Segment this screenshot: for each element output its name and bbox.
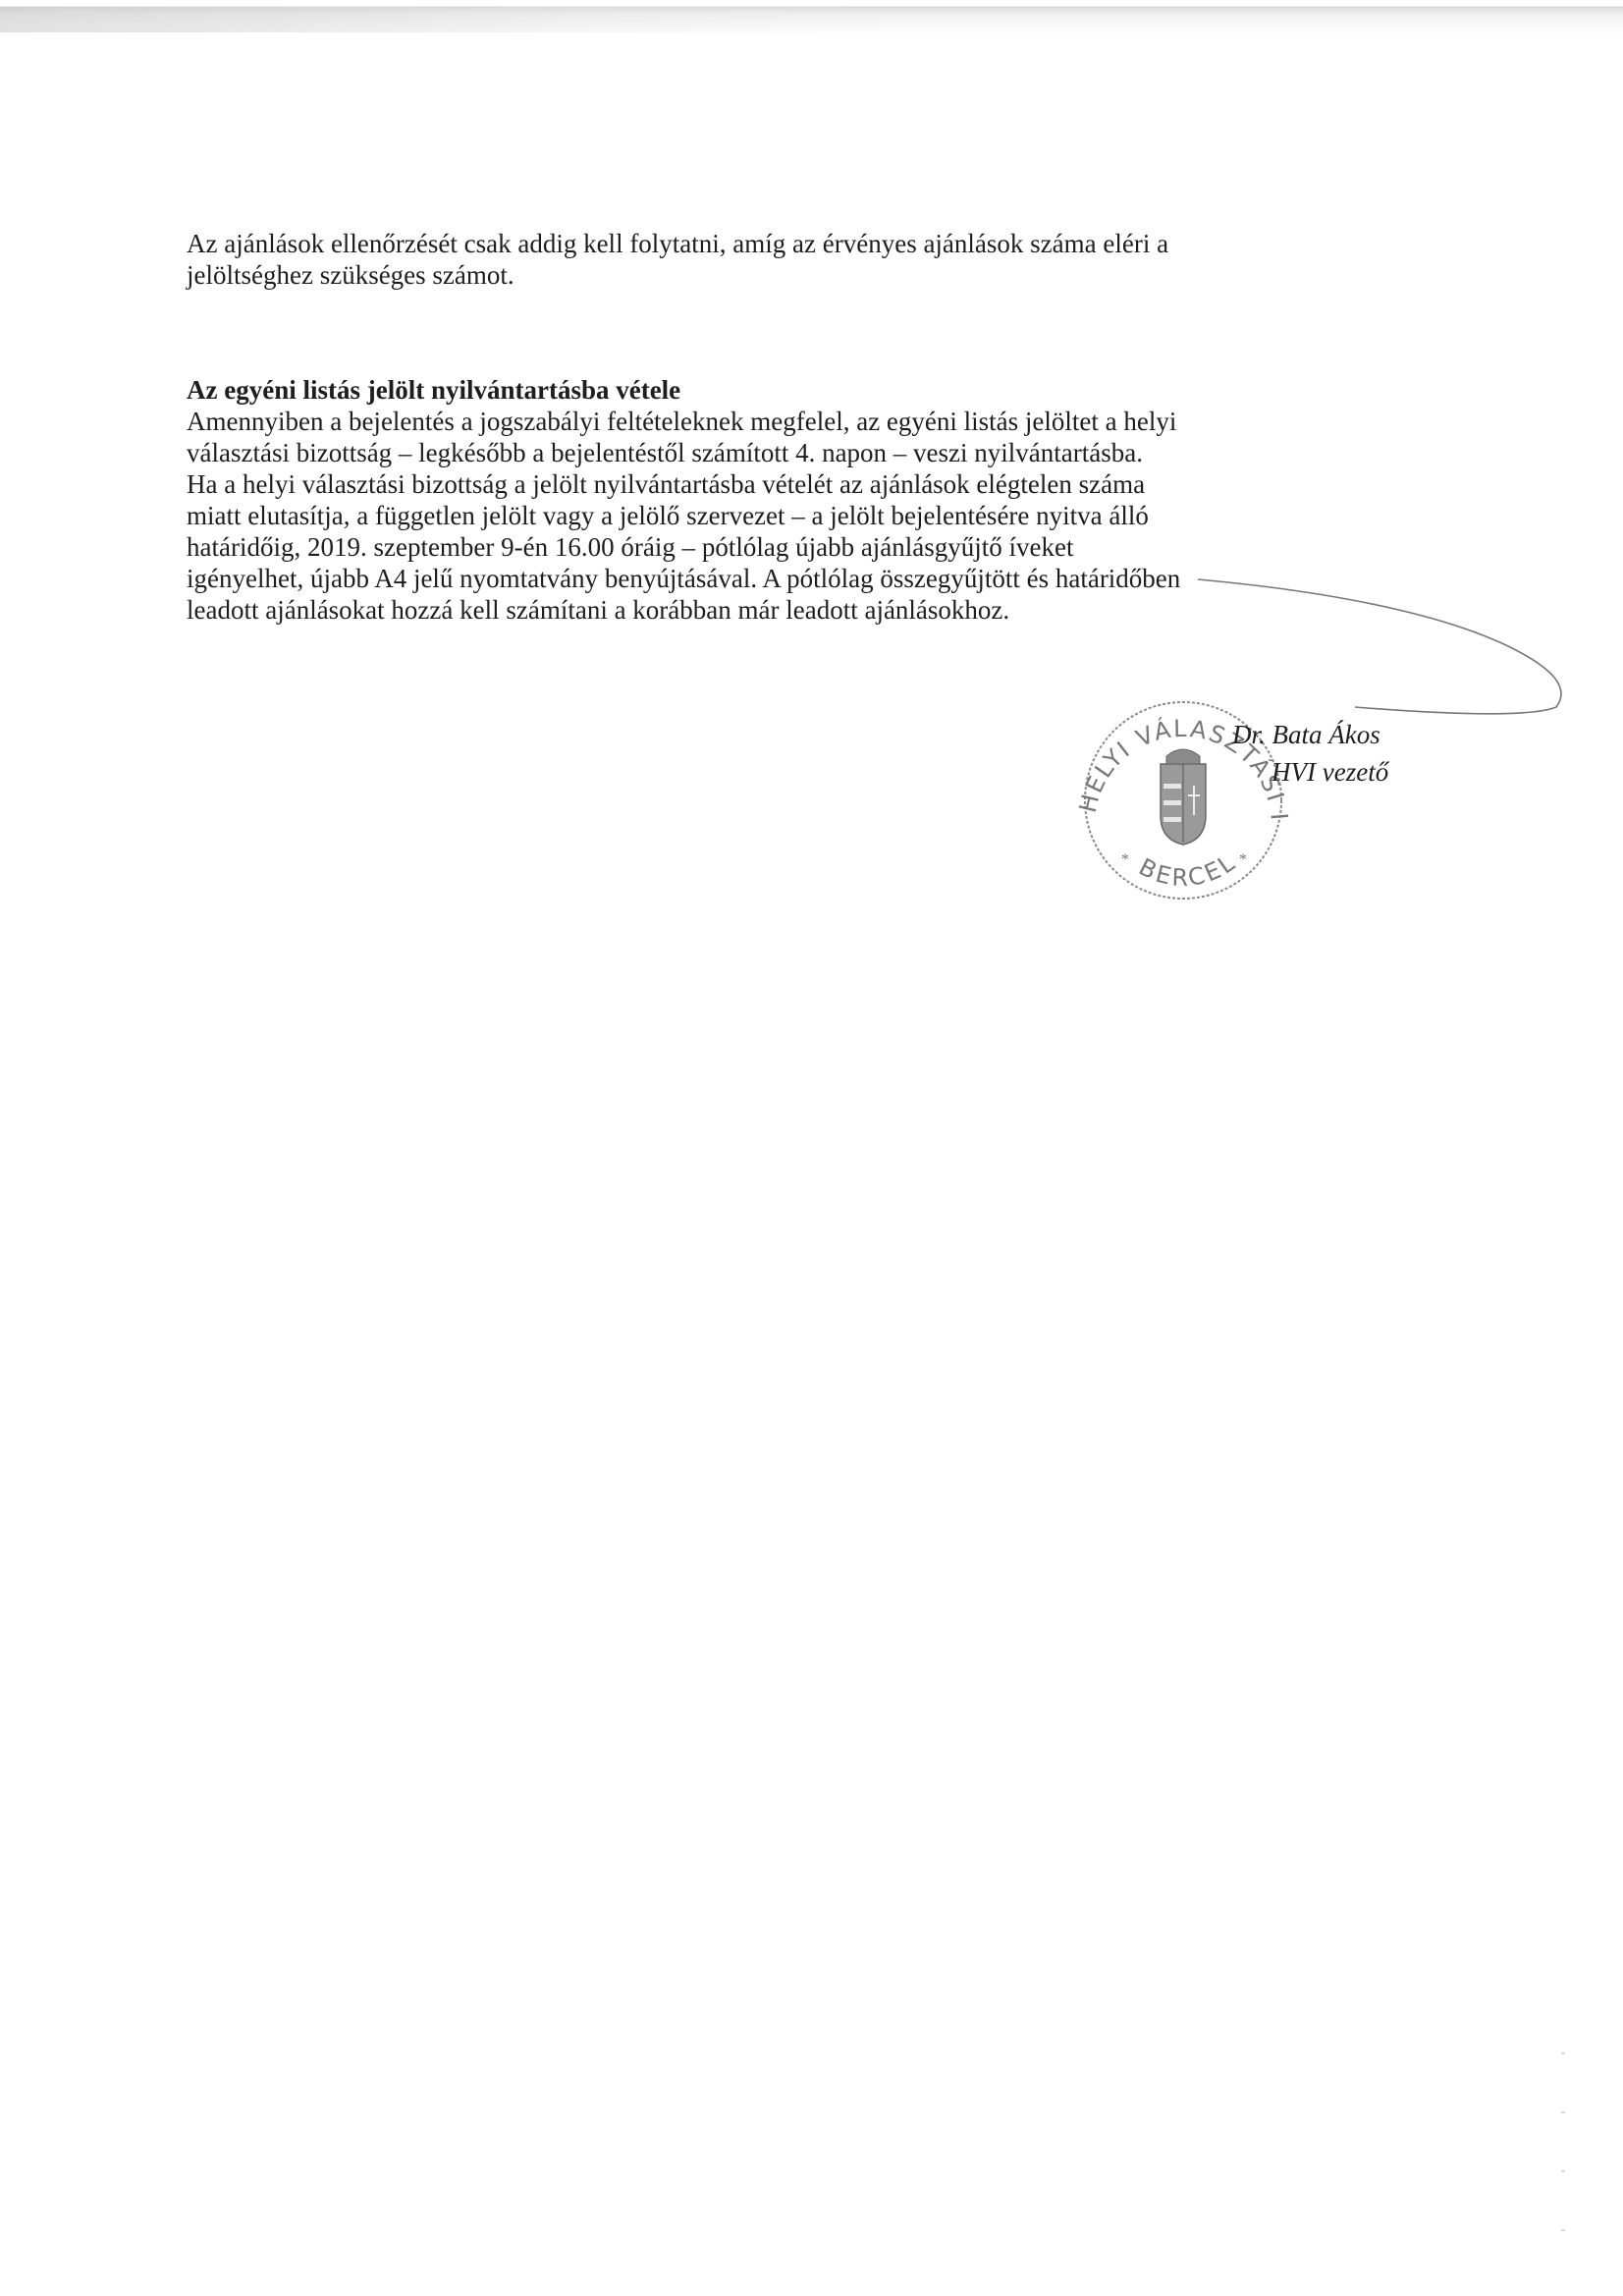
svg-text:*: * — [1239, 851, 1247, 868]
svg-text:BERCEL: BERCEL — [1134, 847, 1241, 892]
scan-edge-shadow — [0, 0, 1623, 35]
section-heading: Az egyéni listás jelölt nyilvántartásba … — [187, 374, 1414, 406]
text-line: határidőig, 2019. szeptember 9-én 16.00 … — [187, 531, 1414, 563]
paragraph-spacer — [187, 291, 1414, 374]
signatory-name: Dr. Bata Ákos — [1232, 719, 1380, 750]
scan-margin-artifact — [1561, 2052, 1565, 2288]
signatory-role: HVI vezető — [1271, 756, 1388, 788]
text-line: Az ajánlások ellenőrzését csak addig kel… — [187, 228, 1414, 259]
signature-block: HELYI VÁLASZTÁSI IRODA BERCEL * * Dr. Ba… — [1060, 678, 1571, 933]
text-line: választási bizottság – legkésőbb a bejel… — [187, 437, 1414, 468]
svg-text:*: * — [1121, 851, 1129, 868]
text-line: jelöltséghez szükséges számot. — [187, 259, 1414, 291]
text-line: miatt elutasítja, a független jelölt vag… — [187, 500, 1414, 531]
official-stamp-icon: HELYI VÁLASZTÁSI IRODA BERCEL * * — [1060, 678, 1306, 913]
paragraph-verification: Az ajánlások ellenőrzését csak addig kel… — [187, 228, 1414, 291]
coat-of-arms-icon — [1161, 749, 1206, 845]
text-line: Amennyiben a bejelentés a jogszabályi fe… — [187, 406, 1414, 437]
document-body: Az ajánlások ellenőrzését csak addig kel… — [187, 228, 1414, 626]
text-line: Ha a helyi választási bizottság a jelölt… — [187, 468, 1414, 500]
